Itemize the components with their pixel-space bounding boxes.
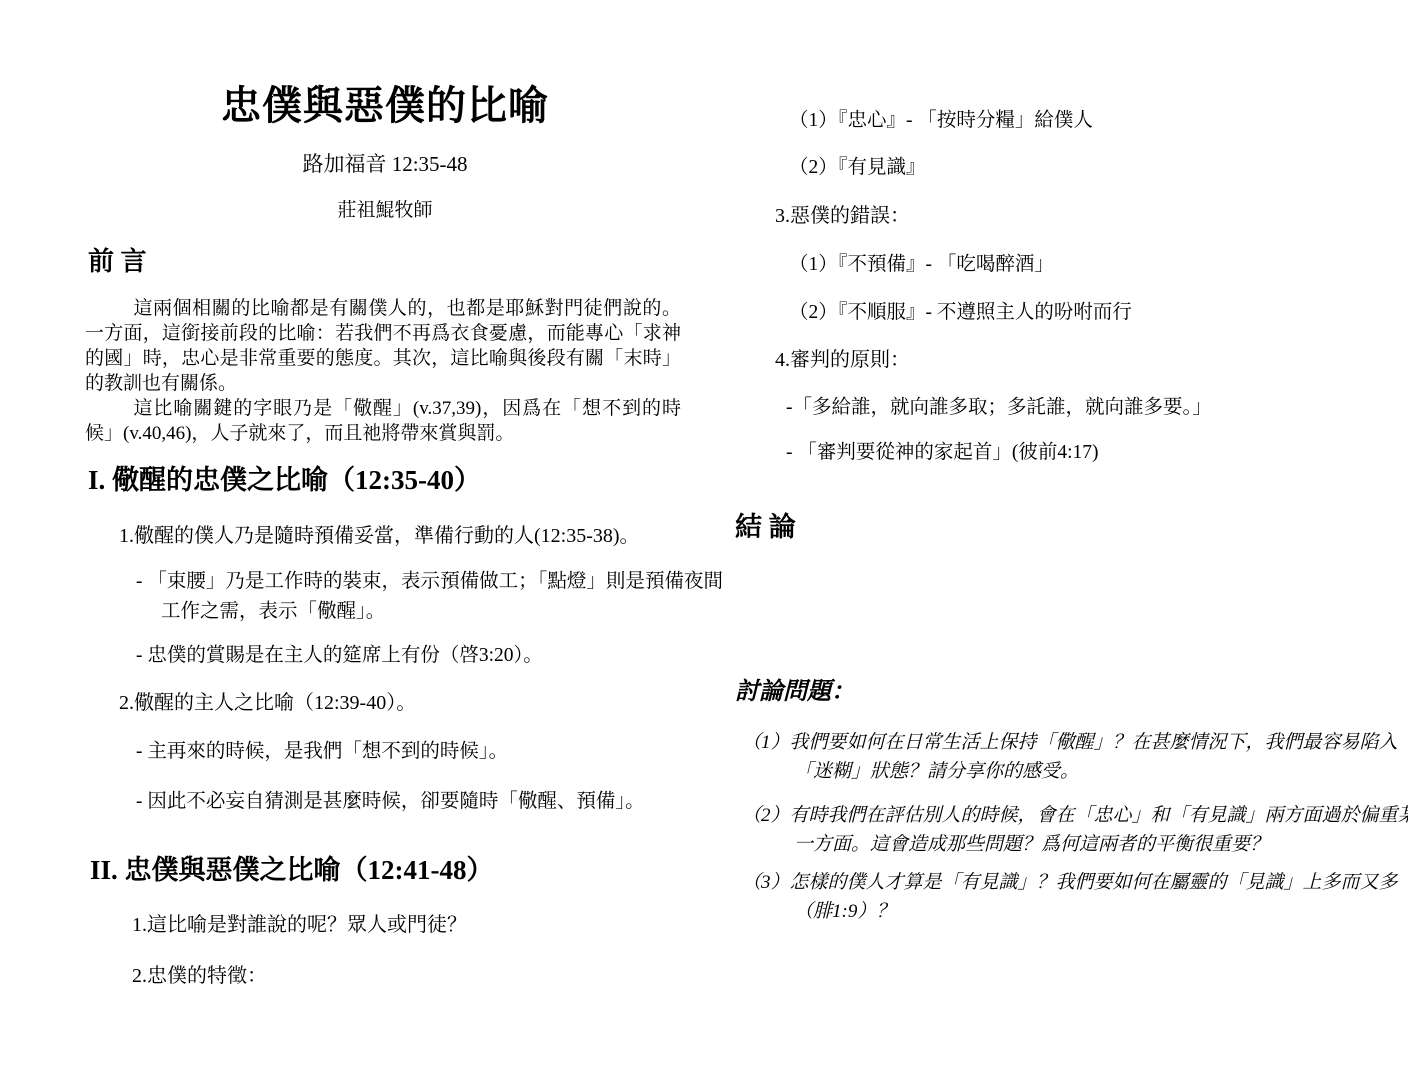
section1-item2-bullet1: - 主再來的時候，是我們「想不到的時候」。 (136, 737, 723, 767)
intro-paragraph-2: 這比喻關鍵的字眼乃是「儆醒」(v.37,39)，因爲在「想不到的時候」(v.40… (85, 396, 681, 446)
intro-paragraphs: 這兩個相關的比喻都是有關僕人的，也都是耶穌對門徒們說的。一方面，這銜接前段的比喻… (85, 296, 681, 446)
discussion-question-3: （3）怎樣的僕人才算是「有見識」？我們要如何在屬靈的「見識」上多而又多（腓1:9… (742, 868, 1408, 926)
section1-item1: 1.儆醒的僕人乃是隨時預備妥當，準備行動的人(12:35-38)。 (119, 519, 640, 548)
section2-item4-bullet1: -「多給誰，就向誰多取；多託誰，就向誰多要。」 (786, 391, 1212, 419)
section2-item2-point2: （2）『有見識』 (789, 151, 926, 179)
section1-item1-bullet2: - 忠僕的賞賜是在主人的筵席上有份（啓3:20）。 (136, 641, 723, 671)
section2-item2-point1: （1）『忠心』- 「按時分糧」給僕人 (789, 104, 1093, 132)
conclusion-heading: 結 論 (735, 505, 796, 544)
discussion-question-2: （2）有時我們在評估別人的時候，會在「忠心」和「有見識」兩方面過於偏重某一方面。… (742, 801, 1408, 859)
section2-item3-point1: （1）『不預備』- 「吃喝醉酒」 (789, 248, 1054, 276)
scripture-reference: 路加福音 12:35-48 (85, 148, 685, 178)
section2-item4: 4.審判的原則： (775, 343, 910, 372)
section2-item4-bullet2: - 「審判要從神的家起首」(彼前4:17) (786, 436, 1099, 464)
section2-heading: II. 忠僕與惡僕之比喻（12:41-48） (90, 848, 494, 887)
section2-item2: 2.忠僕的特徵： (132, 959, 267, 988)
document-page: 忠僕與惡僕的比喻 路加福音 12:35-48 莊祖鯤牧師 前 言 這兩個相關的比… (0, 0, 1408, 1088)
section2-item3-point2: （2）『不順服』- 不遵照主人的吩咐而行 (789, 296, 1132, 324)
section1-heading: I. 儆醒的忠僕之比喻（12:35-40） (88, 458, 481, 497)
intro-paragraph-1: 這兩個相關的比喻都是有關僕人的，也都是耶穌對門徒們說的。一方面，這銜接前段的比喻… (85, 296, 681, 396)
discussion-heading: 討論問題： (735, 671, 855, 706)
author-name: 莊祖鯤牧師 (85, 195, 685, 222)
section1-item1-bullet1: - 「束腰」乃是工作時的裝束，表示預備做工；「點燈」則是預備夜間工作之需，表示「… (136, 567, 723, 627)
section2-item3: 3.惡僕的錯誤： (775, 199, 910, 228)
section1-item2: 2.儆醒的主人之比喻（12:39-40）。 (119, 686, 416, 715)
intro-heading: 前 言 (88, 241, 147, 278)
discussion-question-1: （1）我們要如何在日常生活上保持「儆醒」？在甚麼情況下，我們最容易陷入「迷糊」狀… (742, 728, 1408, 786)
page-title: 忠僕與惡僕的比喻 (85, 74, 685, 131)
section1-item2-bullet2: - 因此不必妄自猜測是甚麼時候，卻要隨時「儆醒、預備」。 (136, 787, 723, 817)
section2-item1: 1.這比喻是對誰說的呢？眾人或門徒？ (132, 908, 467, 937)
